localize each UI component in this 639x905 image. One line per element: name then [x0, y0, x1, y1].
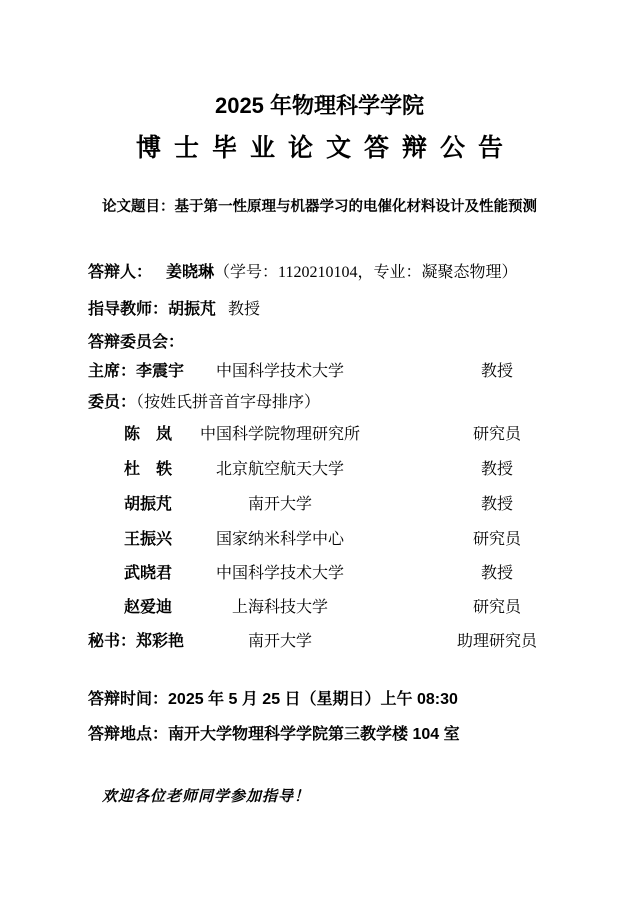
secretary-name: 郑彩艳: [136, 633, 184, 650]
thesis-title-line: 论文题目：基于第一性原理与机器学习的电催化材料设计及性能预测: [102, 198, 622, 216]
committee-member-row: 王振兴 国家纳米科学中心 研究员: [88, 531, 566, 548]
advisor-line: 指导教师：胡振芃教授: [88, 301, 566, 318]
member-title: 研究员: [443, 531, 551, 548]
defender-detail: （学号：1120210104，专业：凝聚态物理）: [214, 264, 517, 281]
committee-member-row: 杜 轶 北京航空航天大学 教授: [88, 461, 566, 478]
member-title: 教授: [443, 461, 551, 478]
member-name: 武晓君: [88, 565, 198, 582]
member-affiliation: 南开大学: [198, 496, 362, 513]
advisor-name: 胡振芃: [168, 301, 216, 318]
defender-line: 答辩人：姜晓琳（学号：1120210104，专业：凝聚态物理）: [88, 264, 566, 281]
committee-member-row: 赵爱迪 上海科技大学 研究员: [88, 599, 566, 616]
members-label: 委员：: [88, 394, 136, 411]
member-title: 教授: [443, 565, 551, 582]
committee-secretary-row: 秘书：郑彩艳 南开大学 助理研究员: [88, 633, 566, 650]
member-affiliation: 国家纳米科学中心: [198, 531, 362, 548]
page-title-year-college: 2025 年物理科学学院: [0, 93, 639, 119]
member-title: 教授: [443, 496, 551, 513]
member-name: 王振兴: [88, 531, 198, 548]
thesis-title-text: 基于第一性原理与机器学习的电催化材料设计及性能预测: [175, 199, 538, 215]
defender-label: 答辩人：: [88, 264, 152, 281]
member-affiliation: 中国科学技术大学: [198, 565, 362, 582]
member-name: 陈 岚: [88, 426, 198, 443]
page-title-announcement: 博士毕业论文答辩公告: [0, 133, 639, 163]
chair-title: 教授: [443, 363, 551, 380]
advisor-rank: 教授: [228, 301, 260, 318]
members-note-line: 委员：（按姓氏拼音首字母排序）: [88, 394, 566, 411]
committee-member-row: 胡振芃 南开大学 教授: [88, 496, 566, 513]
defense-time-line: 答辩时间：2025 年 5 月 25 日（星期日）上午 08:30: [88, 691, 566, 708]
defense-location-value: 南开大学物理科学学院第三教学楼 104 室: [168, 726, 460, 743]
defense-time-value: 2025 年 5 月 25 日（星期日）上午 08:30: [168, 691, 458, 708]
chair-label-and-name: 主席：李震宇: [88, 363, 198, 380]
advisor-label: 指导教师：: [88, 301, 168, 318]
member-title: 研究员: [443, 599, 551, 616]
member-affiliation: 中国科学院物理研究所: [198, 426, 362, 443]
committee-chair-row: 主席：李震宇 中国科学技术大学 教授: [88, 363, 566, 380]
member-name: 赵爱迪: [88, 599, 198, 616]
committee-heading: 答辩委员会：: [88, 334, 566, 351]
member-affiliation: 北京航空航天大学: [198, 461, 362, 478]
thesis-title-label: 论文题目：: [102, 199, 175, 215]
defender-name: 姜晓琳: [166, 264, 214, 281]
secretary-affiliation: 南开大学: [198, 633, 362, 650]
member-name: 杜 轶: [88, 461, 198, 478]
chair-label: 主席：: [88, 363, 136, 380]
member-name: 胡振芃: [88, 496, 198, 513]
secretary-label: 秘书：: [88, 633, 136, 650]
secretary-label-and-name: 秘书：郑彩艳: [88, 633, 198, 650]
member-title: 研究员: [443, 426, 551, 443]
defense-announcement-page: 2025 年物理科学学院 博士毕业论文答辩公告 论文题目：基于第一性原理与机器学…: [0, 0, 639, 905]
committee-member-row: 武晓君 中国科学技术大学 教授: [88, 565, 566, 582]
secretary-title: 助理研究员: [443, 633, 551, 650]
chair-name: 李震宇: [136, 363, 184, 380]
defense-location-line: 答辩地点：南开大学物理科学学院第三教学楼 104 室: [88, 726, 566, 743]
chair-affiliation: 中国科学技术大学: [198, 363, 362, 380]
defense-location-label: 答辩地点：: [88, 726, 168, 743]
members-sort-note: （按姓氏拼音首字母排序）: [136, 394, 320, 411]
welcome-closing-line: 欢迎各位老师同学参加指导！: [102, 789, 310, 806]
defense-time-label: 答辩时间：: [88, 691, 168, 708]
member-affiliation: 上海科技大学: [198, 599, 362, 616]
committee-member-row: 陈 岚 中国科学院物理研究所 研究员: [88, 426, 566, 443]
